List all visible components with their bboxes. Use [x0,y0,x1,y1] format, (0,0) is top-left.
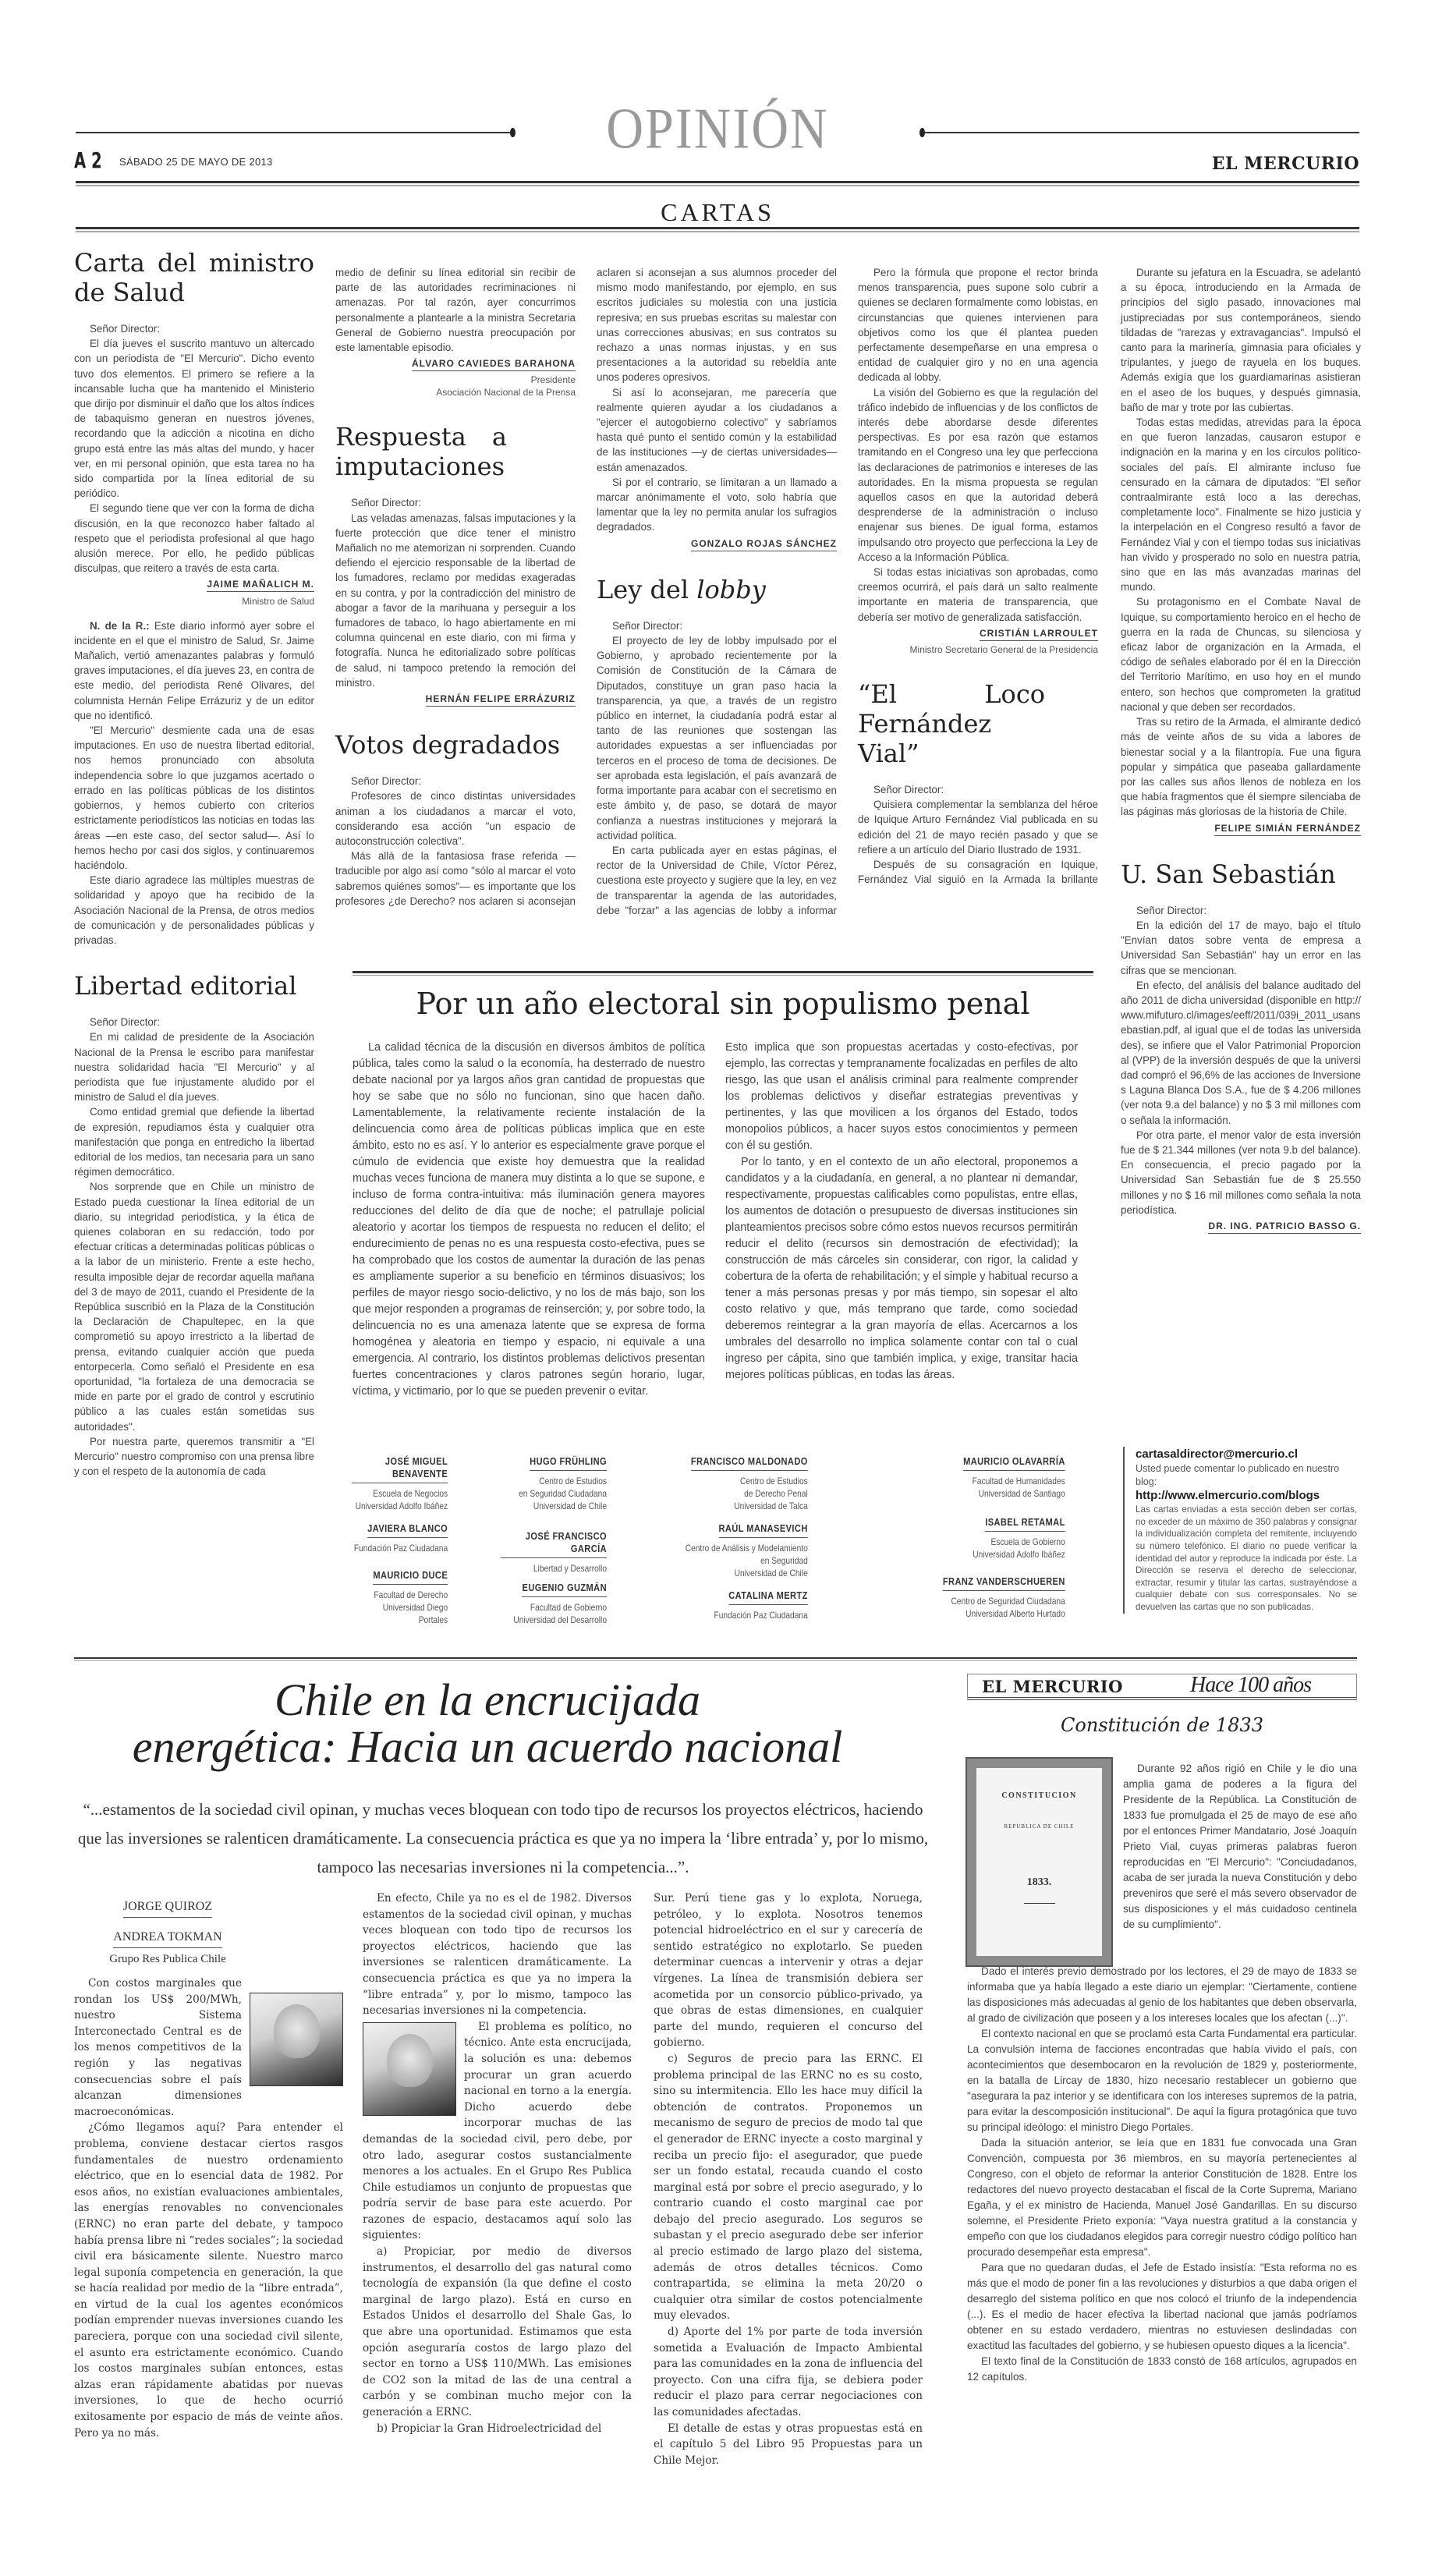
energy-column-2: En efecto, Chile ya no es el de 1982. Di… [363,1890,632,2436]
salutation: Señor Director: [335,774,576,788]
signature: DR. ING. PATRICIO BASSO G. [1121,1219,1361,1234]
author-photo-quiroz [250,1993,343,2086]
subsection-divider [76,227,1359,232]
letter-loco: “El Loco Fernández Vial” Señor Director:… [858,679,1098,887]
masthead-brand: EL MERCURIO [1212,154,1359,174]
paragraph: Si por el contrario, se limitaran a un l… [597,475,837,535]
letter-title: Respuesta a imputaciones [335,422,507,481]
paragraph: Durante su jefatura en la Escuadra, se a… [1121,265,1361,415]
letters-column-4: Pero la fórmula que propone el rector br… [858,265,1098,887]
feature-author: JOSÉ MIGUEL BENAVENTEEscuela de Negocios… [352,1455,448,1512]
author-name: ANDREA TOKMAN [113,1930,221,1948]
feature-column-2: Esto implica que son propuestas acertada… [725,1040,1078,1384]
author-name: JORGE QUIROZ [123,1900,212,1918]
letter-title: Ley del lobby [597,575,837,604]
paragraph: Por otra parte, el menor valor de esta i… [1121,1128,1361,1217]
paragraph: Profesores de cinco distintas universida… [335,788,576,849]
paragraph: Por lo tanto, y en el contexto de un año… [725,1154,1078,1384]
signature: CRISTIÁN LARROULET [858,626,1098,641]
paragraph: Esto implica que son propuestas acertada… [725,1040,1078,1154]
feature-author: MAURICIO DUCEFacultad de DerechoUniversi… [352,1569,448,1626]
paragraph: Después de su consagración en Iquique, F… [858,857,1098,887]
paragraph: El proyecto de ley de lobby impulsado po… [597,633,837,843]
letters-column-3: aclaren si aconsejan a sus alumnos proce… [597,265,837,918]
hace-100-text-right: Durante 92 años rigió en Chile y le dio … [1123,1761,1357,1933]
energy-column-3: Sur. Perú tiene gas y lo explota, Norueg… [654,1890,923,2468]
paragraph: Tras su retiro de la Armada, el almirant… [1121,714,1361,819]
letter-respuesta: Respuesta a imputaciones Señor Director:… [335,422,576,707]
letter-libertad: Libertad editorial Señor Director: En mi… [74,971,314,1479]
feature-author: JAVIERA BLANCOFundación Paz Ciudadana [352,1522,448,1554]
issue-date: SÁBADO 25 DE MAYO DE 2013 [119,156,273,168]
paragraph: El texto final de la Constitución de 183… [967,2354,1357,2385]
paragraph: Como entidad gremial que defiende la lib… [74,1104,314,1179]
signature: GONZALO ROJAS SÁNCHEZ [597,537,837,551]
feature-author: FRANZ VANDERSCHUERENCentro de Seguridad … [939,1575,1065,1620]
feature-author: MAURICIO OLAVARRÍAFacultad de Humanidade… [939,1455,1065,1500]
feature-column-1: La calidad técnica de la discusión en di… [353,1040,705,1400]
paragraph: b) Propiciar la Gran Hidroelectricidad d… [363,2421,632,2437]
paragraph: En mi calidad de presidente de la Asocia… [74,1029,314,1104]
letter-salud: Carta del ministro de Salud Señor Direct… [74,248,314,948]
editor-note-label: N. de la R.: [90,620,150,632]
letter-title: U. San Sebastián [1121,859,1361,889]
feature-title: Por un año electoral sin populismo penal [353,987,1093,1021]
paragraph: Las veladas amenazas, falsas imputacione… [335,511,576,690]
letters-column-5: Durante su jefatura en la Escuadra, se a… [1121,265,1361,1234]
paragraph: Si todas estas iniciativas son aprobadas… [858,565,1098,625]
salutation: Señor Director: [858,782,1098,797]
letters-rules: Las cartas enviadas a esta sección deben… [1136,1504,1357,1613]
paragraph: a) Propiciar, por medio de diversos inst… [363,2244,632,2421]
paragraph: Su protagonismo en el Combate Naval de I… [1121,594,1361,714]
paragraph: La calidad técnica de la discusión en di… [353,1040,705,1400]
letter-title: Carta del ministro de Salud [74,248,314,307]
salutation: Señor Director: [335,495,576,510]
letter-sebastian: U. San Sebastián Señor Director: En la e… [1121,859,1361,1234]
energy-column-1: Con costos marginales que rondan los US$… [74,1975,343,2441]
energy-headline: Chile en la encrucijada energética: Haci… [117,1677,858,1770]
author-group: Grupo Res Publica Chile [74,1953,261,1966]
signature: JAIME MAÑALICH M. [74,577,314,592]
feature-author: EUGENIO GUZMÁNFacultad de GobiernoUniver… [501,1582,607,1626]
paragraph: El contexto nacional en que se proclamó … [967,2026,1357,2135]
subsection-title: CARTAS [0,198,1435,227]
paragraph: En efecto, del análisis del balance audi… [1121,978,1361,1128]
paragraph: Para que no quedaran dudas, el Jefe de E… [967,2260,1357,2354]
signature-role: Ministro de Salud [74,595,314,608]
bottom-section-rule [74,1657,1357,1661]
paragraph: Dado el interés previo demostrado por lo… [967,1964,1357,2026]
signature: ÁLVARO CAVIEDES BARAHONA [335,356,576,371]
salutation: Señor Director: [74,1015,314,1029]
paragraph: Nos sorprende que en Chile un ministro d… [74,1179,314,1433]
salutation: Señor Director: [74,321,314,336]
page-number: A 2 [74,147,102,173]
signature-org: Asociación Nacional de la Prensa [335,386,576,399]
feature-author: CATALINA MERTZFundación Paz Ciudadana [682,1589,808,1621]
signature: HERNÁN FELIPE ERRÁZURIZ [335,692,576,707]
contact-box: cartasaldirector@mercurio.cl Usted puede… [1123,1447,1357,1614]
hace-100-script: Hace 100 años [1190,1673,1311,1698]
paragraph: "El Mercurio" desmiente cada una de esas… [74,723,314,873]
paragraph: Quisiera complementar la semblanza del h… [858,797,1098,857]
feature-author: JOSÉ FRANCISCO GARCÍALibertad y Desarrol… [501,1530,607,1575]
salutation: Señor Director: [597,618,837,633]
feature-author: RAÚL MANASEVICHCentro de Análisis y Mode… [682,1522,808,1579]
paragraph: aclaren si aconsejan a sus alumnos proce… [597,265,837,385]
paragraph: En la edición del 17 de mayo, bajo el tí… [1121,918,1361,978]
letter-title: Votos degradados [335,730,576,760]
paragraph: Dada la situación anterior, se leía que … [967,2135,1357,2260]
letter-title: Libertad editorial [74,971,314,1001]
blog-link[interactable]: http://www.elmercurio.com/blogs [1136,1488,1357,1504]
feature-top-rule [353,971,1093,976]
signature: FELIPE SIMIÁN FERNÁNDEZ [1121,821,1361,836]
letter-votos: Votos degradados Señor Director: Profeso… [335,730,576,909]
paragraph: Todas estas medidas, atrevidas para la é… [1121,415,1361,594]
header-divider [76,181,1359,186]
blog-intro: Usted puede comentar lo publicado en nue… [1136,1462,1357,1488]
letters-column-2: medio de definir su línea editorial sin … [335,265,576,909]
paragraph: Sur. Perú tiene gas y lo explota, Norueg… [654,1890,923,2051]
paragraph: Pero la fórmula que propone el rector br… [858,265,1098,385]
hace-100-brand: EL MERCURIO [982,1677,1123,1696]
feature-author: HUGO FRÜHLINGCentro de Estudiosen Seguri… [501,1455,607,1512]
letters-column-1: Carta del ministro de Salud Señor Direct… [74,248,314,1479]
paragraph: Por nuestra parte, queremos transmitir a… [74,1434,314,1479]
paragraph: En carta publicada ayer en estas páginas… [597,843,837,918]
paragraph: ¿Cómo llegamos aquí? Para entender el pr… [74,2120,343,2441]
section-title: OPINIÓN [0,96,1435,162]
paragraph: El segundo tiene que ver con la forma de… [74,501,314,576]
paragraph: c) Seguros de precio para las ERNC. El p… [654,2051,923,2324]
feature-author: ISABEL RETAMALEscuela de GobiernoUnivers… [939,1516,1065,1561]
contact-email-link[interactable]: cartasaldirector@mercurio.cl [1136,1447,1357,1462]
editor-note: N. de la R.: Este diario informó ayer so… [74,618,314,723]
signature-role: Ministro Secretario General de la Presid… [858,643,1098,656]
energy-pull-quote: “...estamentos de la sociedad civil opin… [70,1795,936,1882]
hace-100-banner: EL MERCURIO Hace 100 años [967,1674,1357,1700]
hace-100-text: Dado el interés previo demostrado por lo… [967,1964,1357,2385]
letter-lobby: Ley del lobby Señor Director: El proyect… [597,575,837,918]
paragraph: Durante 92 años rigió en Chile y le dio … [1123,1761,1357,1933]
paragraph: medio de definir su línea editorial sin … [335,265,576,355]
paragraph: Más allá de la fantasiosa frase referida… [335,849,576,909]
constitution-cover-image: CONSTITUCION REPUBLICA DE CHILE 1833. [967,1759,1111,1965]
feature-author: FRANCISCO MALDONADOCentro de Estudiosde … [682,1455,808,1512]
paragraph: El día jueves el suscrito mantuvo un alt… [74,336,314,501]
paragraph: La visión del Gobierno es que la regulac… [858,385,1098,565]
energy-byline: JORGE QUIROZ ANDREA TOKMAN Grupo Res Pub… [74,1900,261,1966]
hace-100-title: Constitución de 1833 [967,1714,1357,1736]
paragraph: El detalle de estas y otras propuestas e… [654,2421,923,2469]
paragraph: En efecto, Chile ya no es el de 1982. Di… [363,1890,632,2019]
signature-role: Presidente [335,374,576,386]
paragraph: Este diario agradece las múltiples muest… [74,873,314,948]
author-photo-tokman [363,2022,456,2116]
paragraph: d) Aporte del 1% por parte de toda inver… [654,2324,923,2421]
salutation: Señor Director: [1121,903,1361,918]
paragraph: Si así lo aconsejaran, me parecería que … [597,385,837,475]
letter-title: “El Loco Fernández Vial” [858,679,1045,768]
